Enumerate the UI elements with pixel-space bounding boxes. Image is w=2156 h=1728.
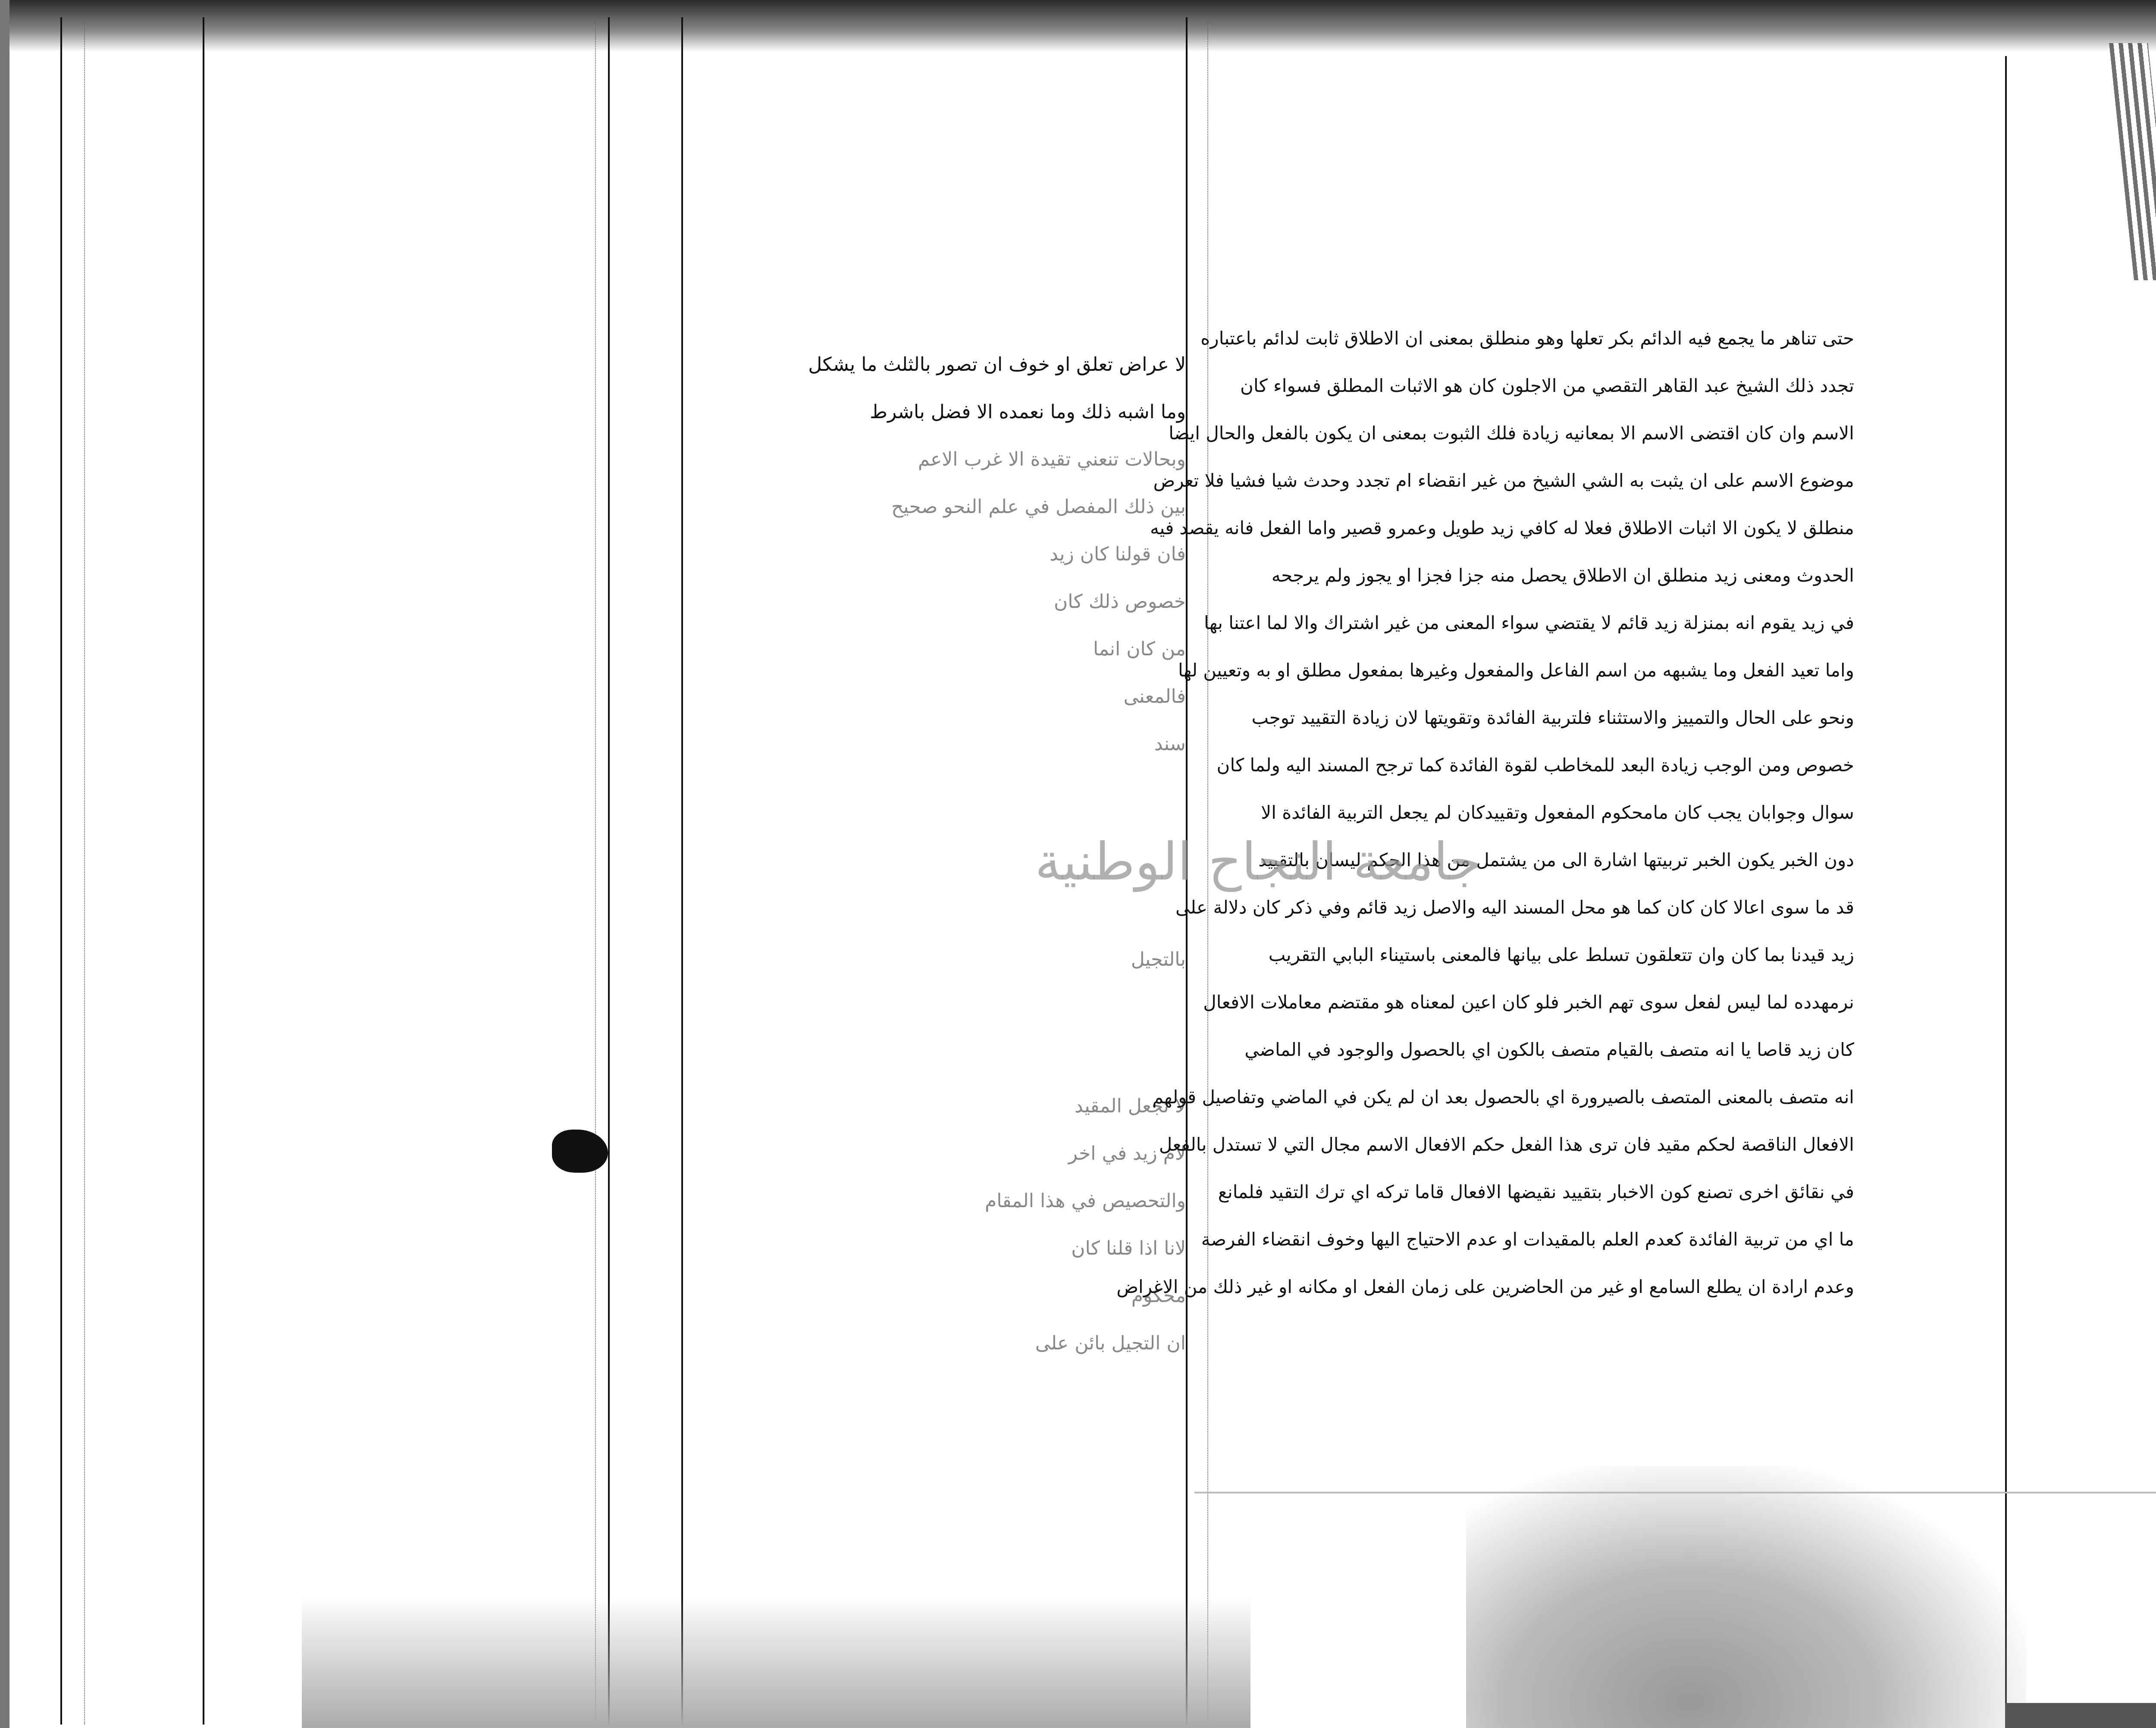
text-line: في زيد يقوم انه بمنزلة زيد قائم لا يقتضي… [1204, 612, 1854, 633]
text-line: ان التجيل بائن على [1035, 1332, 1186, 1354]
text-line: كان زيد قاصا يا انه متصف بالقيام متصف با… [1244, 1039, 1854, 1060]
page-edge-dotted [84, 17, 86, 1725]
text-line: سوال وجوابان يجب كان مامحكوم المفعول وتق… [1261, 802, 1854, 823]
left-page-border [681, 17, 683, 1725]
text-line: سند [1154, 733, 1186, 755]
text-line: في نقائق اخرى تصنع كون الاخبار بتقييد نق… [1218, 1181, 1854, 1202]
text-line: ونحو على الحال والتمييز والاستثناء فلترب… [1252, 707, 1854, 728]
left-page: لا عراض تعلق او خوف ان تصور بالثلث ما يش… [690, 354, 1186, 1474]
text-line: انه متصف بالمعنى المتصف بالصيرورة اي بال… [1152, 1086, 1854, 1108]
text-line: وبحالات تنعني تقيدة الا غرب الاعم [918, 448, 1186, 470]
text-line: نرمهدده لما ليس لفعل سوى تهم الخبر فلو ك… [1203, 992, 1854, 1013]
text-line: زيد قيدنا بما كان وان تتعلقون تسلط على ب… [1269, 944, 1854, 965]
text-line: لانا اذا قلنا كان [1071, 1237, 1186, 1259]
text-line: قد ما سوى اعالا كان كان كما هو محل المسن… [1175, 897, 1854, 918]
scan-bottom-shadow [302, 1595, 1250, 1728]
text-line: خصوص ذلك كان [1054, 591, 1186, 613]
text-line: خصوص ومن الوجب زيادة البعد للمخاطب لقوة … [1217, 754, 1854, 776]
page-edge-line [203, 17, 204, 1725]
text-line: لا عراض تعلق او خوف ان تصور بالثلث ما يش… [808, 354, 1186, 376]
hand-shadow [1466, 1466, 2027, 1728]
page-edge-dotted [595, 17, 597, 1725]
text-line: واما تعيد الفعل وما يشبهه من اسم الفاعل … [1178, 660, 1854, 681]
scan-top-shadow [0, 0, 2156, 52]
scan-left-edge [0, 0, 9, 1728]
text-line: بين ذلك المفصل في علم النحو صحيح [891, 496, 1186, 518]
scan-bottom-edge [2005, 1703, 2156, 1728]
text-line: ما اي من تربية الفائدة كعدم العلم بالمقي… [1201, 1229, 1854, 1250]
text-line: موضوع الاسم على ان يثبت به الشي الشيخ من… [1153, 470, 1854, 491]
text-line: منطلق لا يكون الا اثبات الاطلاق فعلا له … [1150, 517, 1854, 538]
text-line: والتحصيص في هذا المقام [985, 1190, 1186, 1212]
text-line: وعدم ارادة ان يطلع السامع او غير من الحا… [1116, 1276, 1854, 1297]
page-edge-line [60, 17, 62, 1725]
text-line: الاسم وان كان اقتضى الاسم الا بمعانيه زي… [1169, 423, 1854, 444]
text-line: فالمعنى [1124, 686, 1186, 707]
text-line: من كان انما [1093, 638, 1186, 660]
watermark: جامعة النجاح الوطنية [1035, 832, 1481, 892]
text-line: الحدوث ومعنى زيد منطلق ان الاطلاق يحصل م… [1272, 565, 1854, 586]
text-line: فان قولنا كان زيد [1050, 543, 1186, 565]
text-line: حتى تناهر ما يجمع فيه الدائم بكر تعلها و… [1200, 328, 1854, 349]
text-line: وما اشبه ذلك وما نعمده الا فضل باشرط [870, 401, 1186, 423]
page-edge-line [608, 17, 610, 1725]
text-line: تجدد ذلك الشيخ عبد القاهر التقصي من الاج… [1240, 375, 1854, 396]
ink-blot [552, 1130, 608, 1173]
text-line: الافعال الناقصة لحكم مقيد فان ترى هذا ال… [1159, 1134, 1854, 1155]
text-line: بالتجيل [1131, 949, 1186, 970]
